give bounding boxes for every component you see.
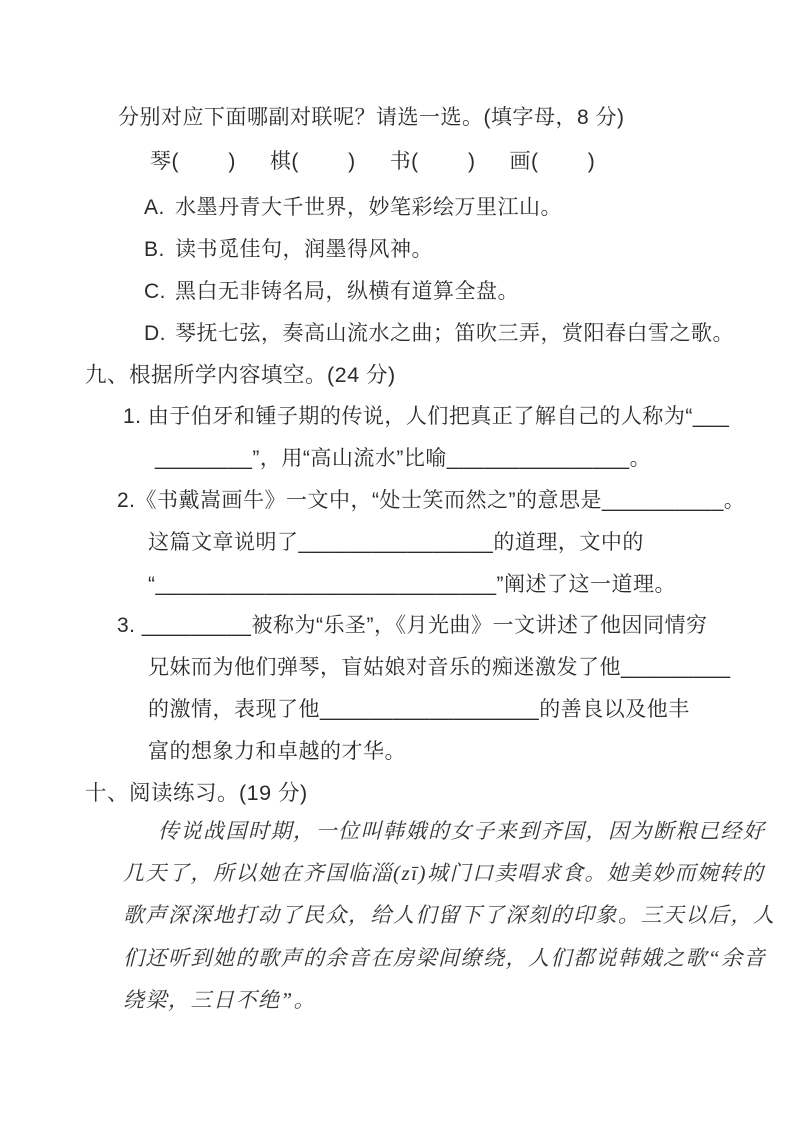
passage-line-1: 传说战国时期，一位叫韩娥的女子来到齐国，因为断粮已经好	[123, 816, 766, 846]
fill-item-2-line-2: 这篇文章说明了________________的道理，文中的	[148, 528, 644, 558]
document-page: 分别对应下面哪副对联呢？请选一选。(填字母，8 分) 琴( ) 棋( ) 书( …	[0, 0, 793, 1122]
option-b-row: B.读书觅佳句，润墨得风神。	[144, 235, 433, 265]
option-d-text: 琴抚七弦，奏高山流水之曲；笛吹三弄，赏阳春白雪之歌。	[175, 322, 734, 345]
fill-item-3-line-3: 的激情，表现了他__________________的善良以及他丰	[148, 695, 690, 725]
fill-item-3-line-4: 富的想象力和卓越的才华。	[148, 737, 406, 767]
option-c-row: C.黑白无非铸名局，纵横有道算全盘。	[144, 277, 519, 307]
blank-paren-qi: ( )	[291, 150, 355, 173]
option-b-letter: B.	[144, 235, 175, 265]
option-d-letter: D.	[144, 319, 175, 349]
fill-item-1-line-2: ________”，用“高山流水”比喻_______________。	[155, 444, 651, 474]
option-c-letter: C.	[144, 277, 175, 307]
fill-item-2-line-3: “____________________________”阐述了这一道理。	[148, 570, 676, 600]
option-b-text: 读书觅佳句，润墨得风神。	[175, 238, 433, 261]
couplet-prompt: 分别对应下面哪副对联呢？请选一选。(填字母，8 分)	[118, 103, 625, 133]
option-a-text: 水墨丹青大千世界，妙笔彩绘万里江山。	[175, 196, 562, 219]
passage-line-5: 绕梁，三日不绝”。	[123, 985, 316, 1015]
passage-line-3: 歌声深深地打动了民众，给人们留下了深刻的印象。三天以后，人	[123, 900, 776, 930]
blank-item-qin: 琴( )	[150, 147, 236, 177]
blank-item-qi: 棋( )	[270, 147, 356, 177]
blank-paren-qin: ( )	[172, 150, 236, 173]
option-a-letter: A.	[144, 193, 175, 223]
option-a-row: A.水墨丹青大千世界，妙笔彩绘万里江山。	[144, 193, 562, 223]
blank-item-hua: 画( )	[509, 147, 595, 177]
blank-label-shu: 书	[390, 150, 412, 173]
fill-item-2-line-1: 2.《书戴嵩画牛》一文中，“处士笑而然之”的意思是__________。	[117, 486, 745, 516]
passage-line-4: 们还听到她的歌声的余音在房梁间缭绕，人们都说韩娥之歌“余音	[123, 943, 766, 973]
couplet-blank-row: 琴( ) 棋( ) 书( ) 画( )	[150, 147, 595, 177]
passage-line-2: 几天了，所以她在齐国临淄(zī)城门口卖唱求食。她美妙而婉转的	[123, 858, 765, 888]
blank-label-hua: 画	[509, 150, 531, 173]
blank-paren-shu: ( )	[411, 150, 475, 173]
option-d-row: D.琴抚七弦，奏高山流水之曲；笛吹三弄，赏阳春白雪之歌。	[144, 319, 734, 349]
blank-label-qin: 琴	[150, 150, 172, 173]
fill-item-3-line-1: 3. _________被称为“乐圣”，《月光曲》一文讲述了他因同情穷	[117, 611, 707, 641]
fill-item-3-line-2: 兄妹而为他们弹琴，盲姑娘对音乐的痴迷激发了他_________	[148, 653, 731, 683]
fill-item-1-line-1: 1. 由于伯牙和锺子期的传说，人们把真正了解自己的人称为“___	[123, 402, 729, 432]
blank-label-qi: 棋	[270, 150, 292, 173]
blank-item-shu: 书( )	[390, 147, 476, 177]
section-nine-heading: 九、根据所学内容填空。(24 分)	[85, 360, 396, 390]
section-ten-heading: 十、阅读练习。(19 分)	[85, 778, 308, 808]
blank-paren-hua: ( )	[531, 150, 595, 173]
option-c-text: 黑白无非铸名局，纵横有道算全盘。	[175, 280, 519, 303]
